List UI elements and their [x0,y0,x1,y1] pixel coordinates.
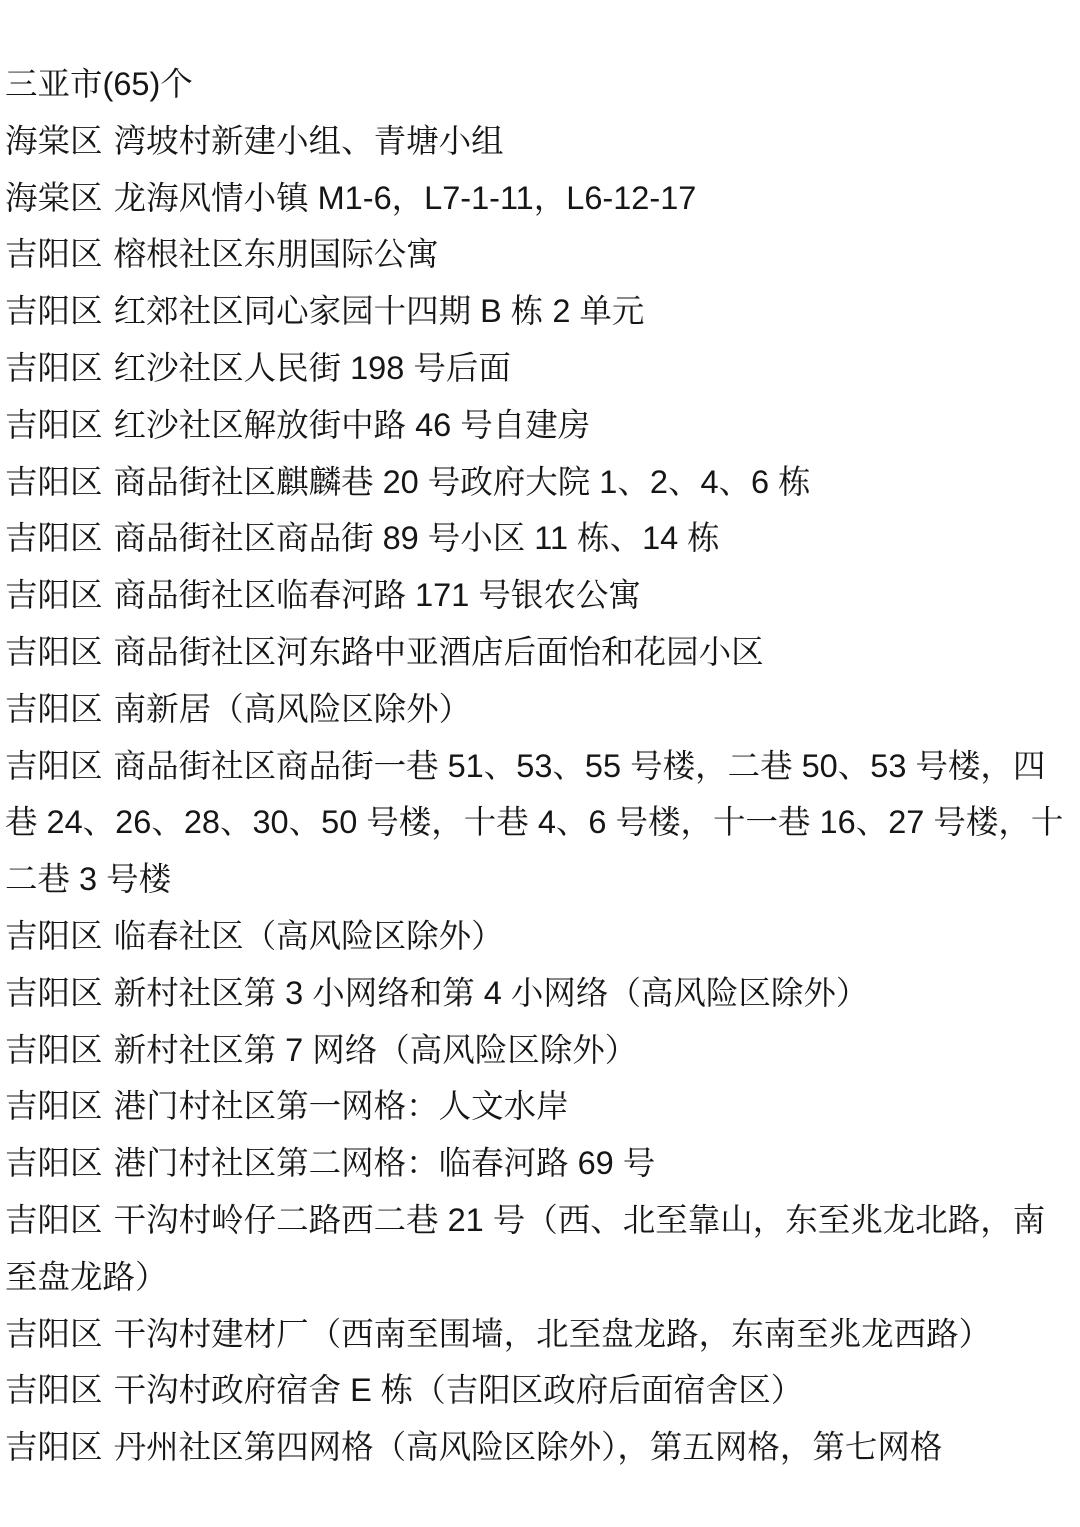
address-entry: 吉阳区新村社区第 3 小网络和第 4 小网络（高风险区除外） [5,965,1075,1022]
address-text: 龙海风情小镇 M1-6，L7-1-11，L6-12-17 [114,180,697,216]
address-text: 商品街社区商品街 89 号小区 11 栋、14 栋 [114,520,720,556]
district-label: 吉阳区 [5,464,103,500]
district-label: 吉阳区 [5,293,103,329]
address-text: 商品街社区河东路中亚酒店后面怡和花园小区 [114,634,764,670]
address-text: 港门村社区第一网格：人文水岸 [114,1088,569,1124]
address-entry: 吉阳区商品街社区商品街 89 号小区 11 栋、14 栋 [5,510,1075,567]
district-label: 吉阳区 [5,236,103,272]
address-text: 红郊社区同心家园十四期 B 栋 2 单元 [114,293,645,329]
district-label: 吉阳区 [5,577,103,613]
address-entry: 吉阳区商品街社区临春河路 171 号银农公寓 [5,567,1075,624]
address-text: 商品街社区商品街一巷 51、53、55 号楼，二巷 50、53 号楼，四巷 24… [5,748,1063,898]
address-entry: 吉阳区商品街社区商品街一巷 51、53、55 号楼，二巷 50、53 号楼，四巷… [5,738,1075,908]
address-text: 南新居（高风险区除外） [114,691,472,727]
address-text: 干沟村岭仔二路西二巷 21 号（西、北至靠山，东至兆龙北路，南至盘龙路） [5,1202,1045,1295]
district-label: 吉阳区 [5,748,103,784]
address-text: 红沙社区人民街 198 号后面 [114,350,511,386]
address-text: 榕根社区东朋国际公寓 [114,236,439,272]
address-entry: 吉阳区商品街社区河东路中亚酒店后面怡和花园小区 [5,624,1075,681]
district-label: 吉阳区 [5,1372,103,1408]
district-label: 吉阳区 [5,1088,103,1124]
district-label: 吉阳区 [5,975,103,1011]
district-label: 吉阳区 [5,1145,103,1181]
address-entry: 海棠区湾坡村新建小组、青塘小组 [5,113,1075,170]
district-label: 吉阳区 [5,520,103,556]
address-text: 红沙社区解放街中路 46 号自建房 [114,407,591,443]
address-entry: 吉阳区红沙社区人民街 198 号后面 [5,340,1075,397]
document-page: 三亚市(65)个 海棠区湾坡村新建小组、青塘小组 海棠区龙海风情小镇 M1-6，… [0,0,1080,1527]
district-label: 海棠区 [5,123,103,159]
address-list: 海棠区湾坡村新建小组、青塘小组 海棠区龙海风情小镇 M1-6，L7-1-11，L… [5,113,1075,1476]
address-text: 商品街社区临春河路 171 号银农公寓 [114,577,641,613]
address-entry: 吉阳区港门村社区第二网格：临春河路 69 号 [5,1135,1075,1192]
district-label: 吉阳区 [5,350,103,386]
district-label: 吉阳区 [5,1202,103,1238]
address-text: 丹州社区第四网格（高风险区除外），第五网格，第七网格 [114,1429,943,1465]
address-entry: 吉阳区临春社区（高风险区除外） [5,908,1075,965]
address-entry: 吉阳区榕根社区东朋国际公寓 [5,226,1075,283]
address-text: 港门村社区第二网格：临春河路 69 号 [114,1145,656,1181]
address-text: 新村社区第 7 网络（高风险区除外） [114,1032,638,1068]
district-label: 吉阳区 [5,407,103,443]
district-label: 吉阳区 [5,634,103,670]
address-entry: 吉阳区红郊社区同心家园十四期 B 栋 2 单元 [5,283,1075,340]
district-label: 吉阳区 [5,1316,103,1352]
district-label: 吉阳区 [5,691,103,727]
address-entry: 吉阳区红沙社区解放街中路 46 号自建房 [5,397,1075,454]
address-entry: 海棠区龙海风情小镇 M1-6，L7-1-11，L6-12-17 [5,170,1075,227]
address-entry: 吉阳区干沟村岭仔二路西二巷 21 号（西、北至靠山，东至兆龙北路，南至盘龙路） [5,1192,1075,1306]
address-text: 湾坡村新建小组、青塘小组 [114,123,504,159]
district-label: 吉阳区 [5,918,103,954]
district-label: 吉阳区 [5,1032,103,1068]
address-entry: 吉阳区干沟村建材厂（西南至围墙，北至盘龙路，东南至兆龙西路） [5,1306,1075,1363]
address-text: 临春社区（高风险区除外） [114,918,504,954]
address-text: 商品街社区麒麟巷 20 号政府大院 1、2、4、6 栋 [114,464,811,500]
district-label: 海棠区 [5,180,103,216]
address-text: 新村社区第 3 小网络和第 4 小网络（高风险区除外） [114,975,869,1011]
page-title: 三亚市(65)个 [5,56,1075,113]
address-entry: 吉阳区丹州社区第四网格（高风险区除外），第五网格，第七网格 [5,1419,1075,1476]
district-label: 吉阳区 [5,1429,103,1465]
address-entry: 吉阳区商品街社区麒麟巷 20 号政府大院 1、2、4、6 栋 [5,454,1075,511]
address-entry: 吉阳区干沟村政府宿舍 E 栋（吉阳区政府后面宿舍区） [5,1362,1075,1419]
address-entry: 吉阳区港门村社区第一网格：人文水岸 [5,1078,1075,1135]
address-entry: 吉阳区南新居（高风险区除外） [5,681,1075,738]
address-text: 干沟村建材厂（西南至围墙，北至盘龙路，东南至兆龙西路） [114,1316,992,1352]
address-entry: 吉阳区新村社区第 7 网络（高风险区除外） [5,1022,1075,1079]
address-text: 干沟村政府宿舍 E 栋（吉阳区政府后面宿舍区） [114,1372,804,1408]
